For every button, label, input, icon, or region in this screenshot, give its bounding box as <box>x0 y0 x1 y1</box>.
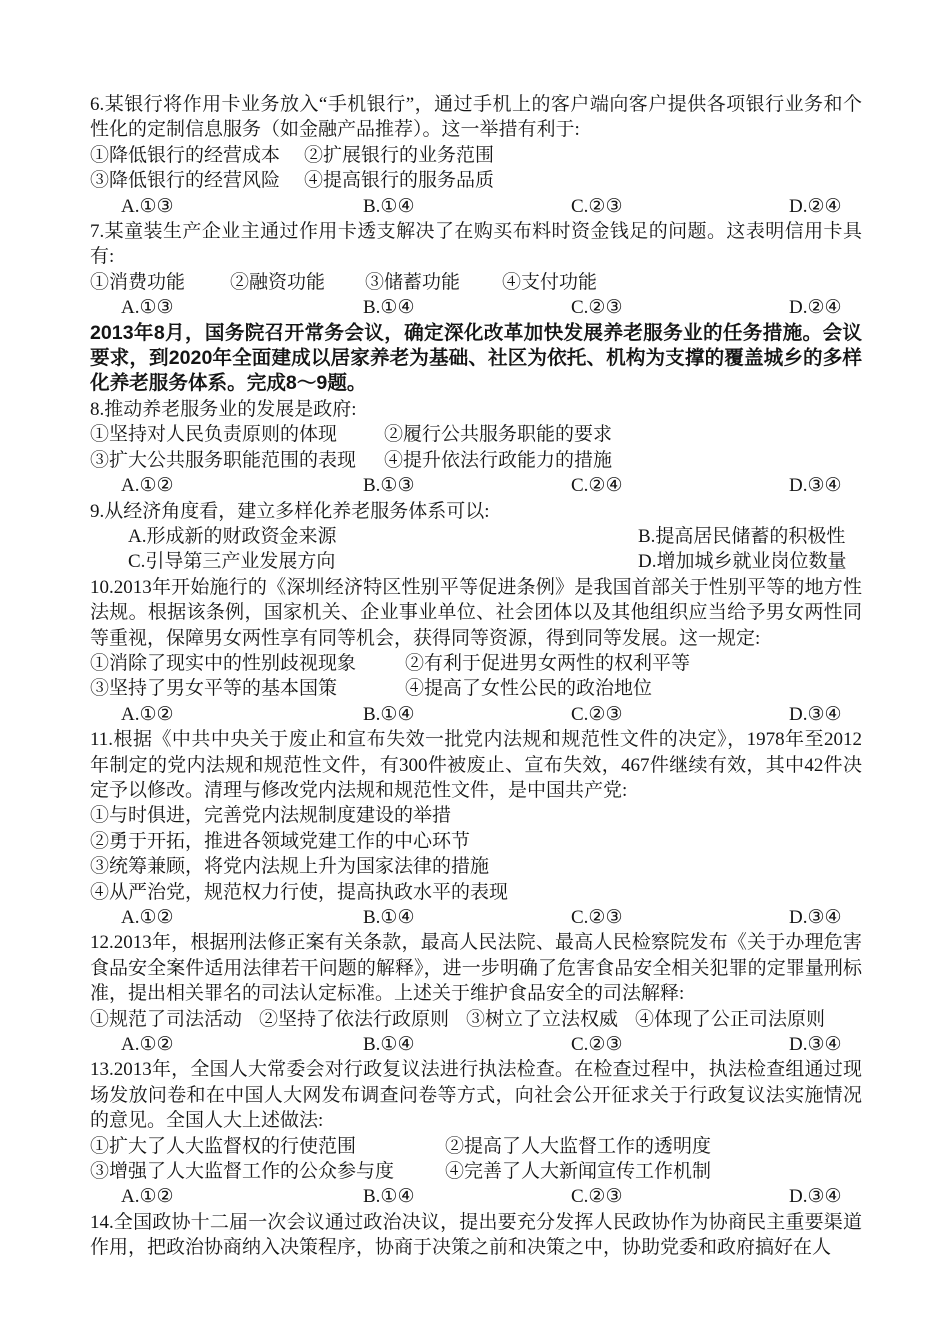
q7-item-3: ③储蓄功能 <box>365 270 502 295</box>
q14-stem: 14.全国政协十二届一次会议通过政治决议，提出要充分发挥人民政协作为协商民主重要… <box>90 1210 862 1261</box>
question-10: 10.2013年开始施行的《深圳经济特区性别平等促进条例》是我国首部关于性别平等… <box>90 575 862 727</box>
q12-items-row: ①规范了司法活动 ②坚持了依法行政原则 ③树立了立法权威 ④体现了公正司法原则 <box>90 1007 862 1032</box>
q6-item-3: ③降低银行的经营风险 <box>90 168 304 193</box>
q6-answer-c: C.②③ <box>571 194 789 219</box>
question-13: 13.2013年，全国人大常委会对行政复议法进行执法检查。在检查过程中，执法检查… <box>90 1057 862 1209</box>
q10-items-row-1: ①消除了现实中的性别歧视现象 ②有利于促进男女两性的权利平等 <box>90 651 862 676</box>
q8-answer-a: A.①② <box>121 473 363 498</box>
q13-items-row-2: ③增强了人大监督工作的公众参与度 ④完善了人大新闻宣传工作机制 <box>90 1159 862 1184</box>
q13-stem: 13.2013年，全国人大常委会对行政复议法进行执法检查。在检查过程中，执法检查… <box>90 1057 862 1133</box>
q13-item-2: ②提高了人大监督工作的透明度 <box>445 1134 862 1159</box>
q6-item-1: ①降低银行的经营成本 <box>90 143 304 168</box>
q6-items-row-1: ①降低银行的经营成本 ②扩展银行的业务范围 <box>90 143 862 168</box>
q9-choice-c: C.引导第三产业发展方向 <box>128 549 638 574</box>
q8-item-4: ④提升依法行政能力的措施 <box>384 448 862 473</box>
q12-answer-a: A.①② <box>121 1032 363 1057</box>
q10-stem: 10.2013年开始施行的《深圳经济特区性别平等促进条例》是我国首部关于性别平等… <box>90 575 862 651</box>
q8-stem: 8.推动养老服务业的发展是政府: <box>90 397 862 422</box>
q8-item-3: ③扩大公共服务职能范围的表现 <box>90 448 384 473</box>
q7-answers-row: A.①③ B.①④ C.②③ D.②④ <box>90 295 862 320</box>
q7-stem: 7.某童装生产企业主通过作用卡透支解决了在购买布料时资金钱足的问题。这表明信用卡… <box>90 219 862 270</box>
q6-answer-a: A.①③ <box>121 194 363 219</box>
question-6: 6.某银行将作用卡业务放入“手机银行”，通过手机上的客户端向客户提供各项银行业务… <box>90 92 862 219</box>
q8-answers-row: A.①② B.①③ C.②④ D.③④ <box>90 473 862 498</box>
q11-answer-b: B.①④ <box>363 905 571 930</box>
q7-answer-c: C.②③ <box>571 295 789 320</box>
q12-item-4: ④体现了公正司法原则 <box>635 1007 825 1032</box>
q8-items-row-2: ③扩大公共服务职能范围的表现 ④提升依法行政能力的措施 <box>90 448 862 473</box>
question-12: 12.2013年，根据刑法修正案有关条款，最高人民法院、最高人民检察院发布《关于… <box>90 930 862 1057</box>
question-7: 7.某童装生产企业主通过作用卡透支解决了在购买布料时资金钱足的问题。这表明信用卡… <box>90 219 862 321</box>
q10-answer-d: D.③④ <box>789 702 862 727</box>
q11-item-1: ①与时俱进，完善党内法规制度建设的举措 <box>90 803 862 828</box>
q6-answer-d: D.②④ <box>789 194 862 219</box>
q13-item-4: ④完善了人大新闻宣传工作机制 <box>445 1159 862 1184</box>
q13-item-1: ①扩大了人大监督权的行使范围 <box>90 1134 445 1159</box>
q11-answer-d: D.③④ <box>789 905 862 930</box>
q12-item-2: ②坚持了依法行政原则 <box>259 1007 449 1032</box>
q6-answers-row: A.①③ B.①④ C.②③ D.②④ <box>90 194 862 219</box>
q8-answer-b: B.①③ <box>363 473 571 498</box>
q13-item-3: ③增强了人大监督工作的公众参与度 <box>90 1159 445 1184</box>
question-8: 8.推动养老服务业的发展是政府: ①坚持对人民负责原则的体现 ②履行公共服务职能… <box>90 397 862 499</box>
q12-answer-b: B.①④ <box>363 1032 571 1057</box>
q6-item-4: ④提高银行的服务品质 <box>304 168 862 193</box>
q7-item-2: ②融资功能 <box>230 270 365 295</box>
q12-answer-d: D.③④ <box>789 1032 862 1057</box>
question-9: 9.从经济角度看，建立多样化养老服务体系可以: A.形成新的财政资金来源 B.提… <box>90 499 862 575</box>
q11-item-3: ③统筹兼顾，将党内法规上升为国家法律的措施 <box>90 854 862 879</box>
q10-item-3: ③坚持了男女平等的基本国策 <box>90 676 405 701</box>
q9-choice-b: B.提高居民储蓄的积极性 <box>638 524 862 549</box>
q6-stem: 6.某银行将作用卡业务放入“手机银行”，通过手机上的客户端向客户提供各项银行业务… <box>90 92 862 143</box>
q7-items-row: ①消费功能 ②融资功能 ③储蓄功能 ④支付功能 <box>90 270 862 295</box>
exam-document-page: 6.某银行将作用卡业务放入“手机银行”，通过手机上的客户端向客户提供各项银行业务… <box>0 0 950 1261</box>
q8-item-1: ①坚持对人民负责原则的体现 <box>90 422 384 447</box>
q10-item-2: ②有利于促进男女两性的权利平等 <box>405 651 862 676</box>
q12-stem: 12.2013年，根据刑法修正案有关条款，最高人民法院、最高人民检察院发布《关于… <box>90 930 862 1006</box>
q11-item-4: ④从严治党，规范权力行使，提高执政水平的表现 <box>90 880 862 905</box>
q6-items-row-2: ③降低银行的经营风险 ④提高银行的服务品质 <box>90 168 862 193</box>
q8-answer-c: C.②④ <box>571 473 789 498</box>
q13-answer-d: D.③④ <box>789 1184 862 1209</box>
q9-stem: 9.从经济角度看，建立多样化养老服务体系可以: <box>90 499 862 524</box>
q13-items-row-1: ①扩大了人大监督权的行使范围 ②提高了人大监督工作的透明度 <box>90 1134 862 1159</box>
q11-answers-row: A.①② B.①④ C.②③ D.③④ <box>90 905 862 930</box>
q6-answer-b: B.①④ <box>363 194 571 219</box>
q13-answer-b: B.①④ <box>363 1184 571 1209</box>
q7-item-4: ④支付功能 <box>502 270 862 295</box>
q7-answer-d: D.②④ <box>789 295 862 320</box>
q9-choices-row-2: C.引导第三产业发展方向 D.增加城乡就业岗位数量 <box>90 549 862 574</box>
q11-answer-a: A.①② <box>121 905 363 930</box>
q10-answer-c: C.②③ <box>571 702 789 727</box>
q8-answer-d: D.③④ <box>789 473 862 498</box>
lead-in-paragraph-q8-q9: 2013年8月，国务院召开常务会议，确定深化改革加快发展养老服务业的任务措施。会… <box>90 321 862 397</box>
q13-answer-a: A.①② <box>121 1184 363 1209</box>
q10-item-1: ①消除了现实中的性别歧视现象 <box>90 651 405 676</box>
q9-choice-a: A.形成新的财政资金来源 <box>128 524 638 549</box>
q12-item-3: ③树立了立法权威 <box>466 1007 618 1032</box>
q7-answer-b: B.①④ <box>363 295 571 320</box>
q12-item-1: ①规范了司法活动 <box>90 1007 242 1032</box>
q13-answer-c: C.②③ <box>571 1184 789 1209</box>
q8-item-2: ②履行公共服务职能的要求 <box>384 422 862 447</box>
q10-item-4: ④提高了女性公民的政治地位 <box>405 676 862 701</box>
q9-choice-d: D.增加城乡就业岗位数量 <box>638 549 862 574</box>
q7-answer-a: A.①③ <box>121 295 363 320</box>
q11-stem: 11.根据《中共中央关于废止和宣布失效一批党内法规和规范性文件的决定》，1978… <box>90 727 862 803</box>
q12-answer-c: C.②③ <box>571 1032 789 1057</box>
q10-answer-a: A.①② <box>121 702 363 727</box>
question-11: 11.根据《中共中央关于废止和宣布失效一批党内法规和规范性文件的决定》，1978… <box>90 727 862 930</box>
q10-items-row-2: ③坚持了男女平等的基本国策 ④提高了女性公民的政治地位 <box>90 676 862 701</box>
q8-items-row-1: ①坚持对人民负责原则的体现 ②履行公共服务职能的要求 <box>90 422 862 447</box>
q11-item-2: ②勇于开拓，推进各领域党建工作的中心环节 <box>90 829 862 854</box>
question-14: 14.全国政协十二届一次会议通过政治决议，提出要充分发挥人民政协作为协商民主重要… <box>90 1210 862 1261</box>
q7-item-1: ①消费功能 <box>90 270 230 295</box>
q11-answer-c: C.②③ <box>571 905 789 930</box>
q12-answers-row: A.①② B.①④ C.②③ D.③④ <box>90 1032 862 1057</box>
q13-answers-row: A.①② B.①④ C.②③ D.③④ <box>90 1184 862 1209</box>
q10-answer-b: B.①④ <box>363 702 571 727</box>
q10-answers-row: A.①② B.①④ C.②③ D.③④ <box>90 702 862 727</box>
q6-item-2: ②扩展银行的业务范围 <box>304 143 862 168</box>
q9-choices-row-1: A.形成新的财政资金来源 B.提高居民储蓄的积极性 <box>90 524 862 549</box>
